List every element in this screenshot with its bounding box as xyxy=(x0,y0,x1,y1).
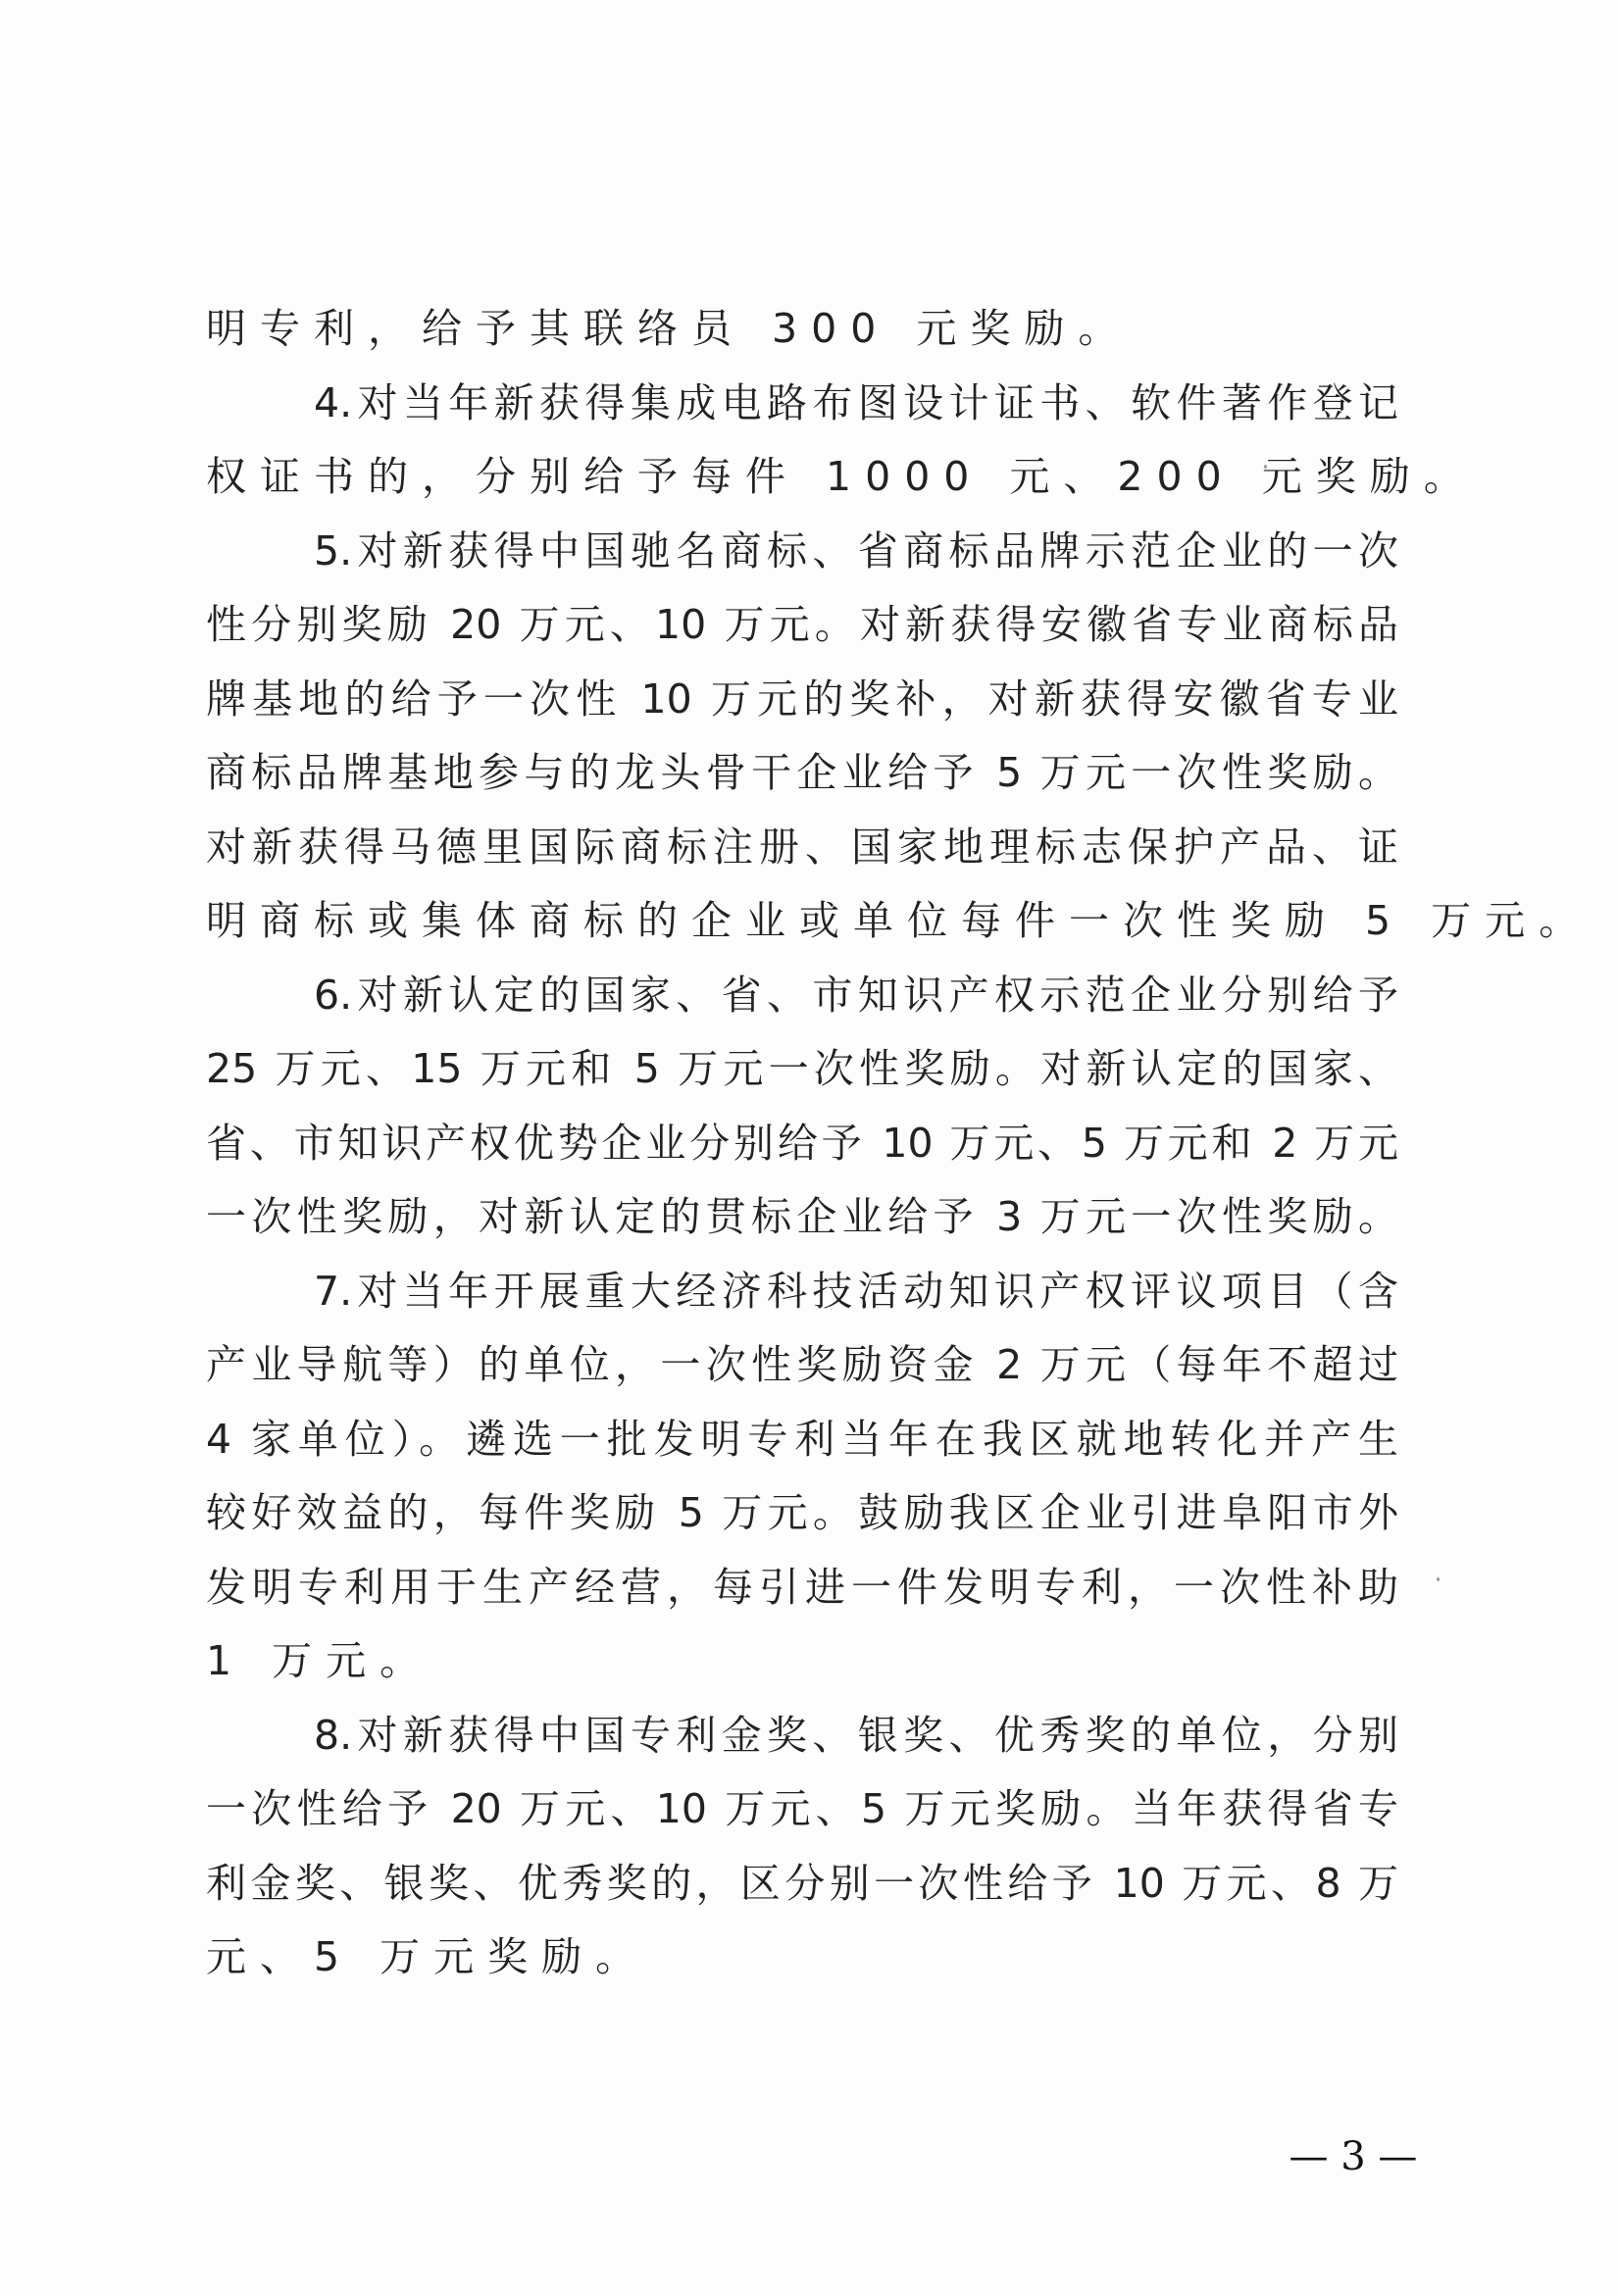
text-line: 4 家单位）。遴选一批发明专利当年在我区就地转化并产生 xyxy=(206,1411,1398,1485)
text-line: 省、市知识产权优势企业分别给予 10 万元、5 万元和 2 万元 xyxy=(206,1115,1398,1189)
scan-speck xyxy=(1437,1577,1440,1581)
text-line: 7.对当年开展重大经济科技活动知识产权评议项目（含 xyxy=(206,1263,1398,1337)
text-line: 发明专利用于生产经营，每引进一件发明专利，一次性补助 xyxy=(206,1559,1398,1633)
text-line: 明商标或集体商标的企业或单位每件一次性奖励 5 万元。 xyxy=(206,892,1398,967)
text-line: 利金奖、银奖、优秀奖的，区分别一次性给予 10 万元、8 万 xyxy=(206,1855,1398,1929)
text-line: 4.对当年新获得集成电路布图设计证书、软件著作登记 xyxy=(206,374,1398,449)
page-number: — 3 — xyxy=(1275,2132,1432,2181)
text-line: 产业导航等）的单位，一次性奖励资金 2 万元（每年不超过 xyxy=(206,1336,1398,1411)
document-page: 明专利，给予其联络员 300 元奖励。 4.对当年新获得集成电路布图设计证书、软… xyxy=(0,0,1618,2296)
text-line: 商标品牌基地参与的龙头骨干企业给予 5 万元一次性奖励。 xyxy=(206,744,1398,819)
text-line: 明专利，给予其联络员 300 元奖励。 xyxy=(206,300,1398,374)
text-line: 元、5 万元奖励。 xyxy=(206,1928,1398,2003)
text-line: 对新获得马德里国际商标注册、国家地理标志保护产品、证 xyxy=(206,819,1398,893)
text-line: 牌基地的给予一次性 10 万元的奖补，对新获得安徽省专业 xyxy=(206,671,1398,745)
text-line: 1 万元。 xyxy=(206,1632,1398,1707)
text-line: 一次性奖励，对新认定的贯标企业给予 3 万元一次性奖励。 xyxy=(206,1188,1398,1263)
text-line: 较好效益的，每件奖励 5 万元。鼓励我区企业引进阜阳市外 xyxy=(206,1484,1398,1559)
text-line: 8.对新获得中国专利金奖、银奖、优秀奖的单位，分别 xyxy=(206,1707,1398,1781)
text-line: 一次性给予 20 万元、10 万元、5 万元奖励。当年获得省专 xyxy=(206,1780,1398,1855)
text-line: 性分别奖励 20 万元、10 万元。对新获得安徽省专业商标品 xyxy=(206,596,1398,671)
text-line: 5.对新获得中国驰名商标、省商标品牌示范企业的一次 xyxy=(206,523,1398,597)
body-text: 明专利，给予其联络员 300 元奖励。 4.对当年新获得集成电路布图设计证书、软… xyxy=(206,300,1398,2003)
text-line: 6.对新认定的国家、省、市知识产权示范企业分别给予 xyxy=(206,967,1398,1041)
text-line: 权证书的，分别给予每件 1000 元、200 元奖励。 xyxy=(206,448,1398,523)
text-line: 25 万元、15 万元和 5 万元一次性奖励。对新认定的国家、 xyxy=(206,1040,1398,1115)
scan-speck xyxy=(1264,465,1267,469)
